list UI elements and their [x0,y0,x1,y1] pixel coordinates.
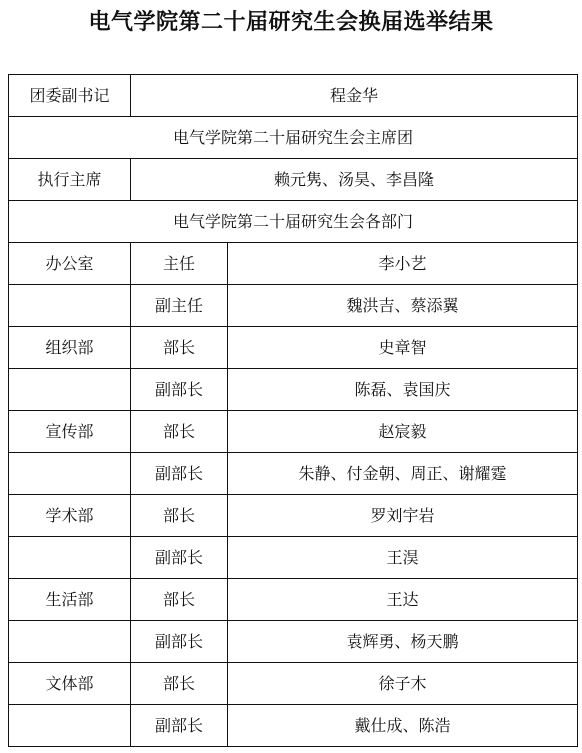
section-header-departments: 电气学院第二十届研究生会各部门 [9,201,578,243]
department-name-empty [9,621,131,663]
role: 副部长 [131,537,228,579]
table-row: 宣传部 部长 赵宸毅 [9,411,578,453]
row-label: 执行主席 [9,159,131,201]
department-name: 文体部 [9,663,131,705]
row-label: 团委副书记 [9,75,131,117]
role: 部长 [131,663,228,705]
members: 朱静、付金朝、周正、谢耀霆 [228,453,578,495]
members: 史章智 [228,327,578,369]
row-value: 程金华 [131,75,578,117]
table-row: 文体部 部长 徐子木 [9,663,578,705]
department-name-empty [9,369,131,411]
department-name-empty [9,285,131,327]
members: 徐子木 [228,663,578,705]
members: 罗刘宇岩 [228,495,578,537]
department-name-empty [9,537,131,579]
members: 袁辉勇、杨天鹏 [228,621,578,663]
department-name: 办公室 [9,243,131,285]
section-header: 电气学院第二十届研究生会各部门 [9,201,578,243]
table-row: 办公室 主任 李小艺 [9,243,578,285]
role: 部长 [131,327,228,369]
table-row: 副主任 魏洪吉、蔡添翼 [9,285,578,327]
department-name: 学术部 [9,495,131,537]
table-row: 组织部 部长 史章智 [9,327,578,369]
role: 部长 [131,579,228,621]
table-row: 副部长 袁辉勇、杨天鹏 [9,621,578,663]
role: 部长 [131,495,228,537]
members: 戴仕成、陈浩 [228,705,578,747]
members: 魏洪吉、蔡添翼 [228,285,578,327]
members: 陈磊、袁国庆 [228,369,578,411]
role: 主任 [131,243,228,285]
members: 王达 [228,579,578,621]
role: 副部长 [131,621,228,663]
page-title: 电气学院第二十届研究生会换届选举结果 [0,8,582,38]
role: 副主任 [131,285,228,327]
members: 王淏 [228,537,578,579]
section-header: 电气学院第二十届研究生会主席团 [9,117,578,159]
members: 赵宸毅 [228,411,578,453]
role: 副部长 [131,705,228,747]
table-row: 学术部 部长 罗刘宇岩 [9,495,578,537]
table-row: 副部长 陈磊、袁国庆 [9,369,578,411]
table-row: 副部长 戴仕成、陈浩 [9,705,578,747]
department-name-empty [9,453,131,495]
department-name: 宣传部 [9,411,131,453]
department-name: 生活部 [9,579,131,621]
table-row: 副部长 朱静、付金朝、周正、谢耀霆 [9,453,578,495]
role: 副部长 [131,453,228,495]
section-header-presidium: 电气学院第二十届研究生会主席团 [9,117,578,159]
department-name-empty [9,705,131,747]
row-value: 赖元隽、汤昊、李昌隆 [131,159,578,201]
table-row-league-deputy-secretary: 团委副书记 程金华 [9,75,578,117]
department-name: 组织部 [9,327,131,369]
election-results-table: 团委副书记 程金华 电气学院第二十届研究生会主席团 执行主席 赖元隽、汤昊、李昌… [8,74,578,747]
members: 李小艺 [228,243,578,285]
table-row-executive-chairs: 执行主席 赖元隽、汤昊、李昌隆 [9,159,578,201]
role: 部长 [131,411,228,453]
table-row: 生活部 部长 王达 [9,579,578,621]
table-row: 副部长 王淏 [9,537,578,579]
role: 副部长 [131,369,228,411]
